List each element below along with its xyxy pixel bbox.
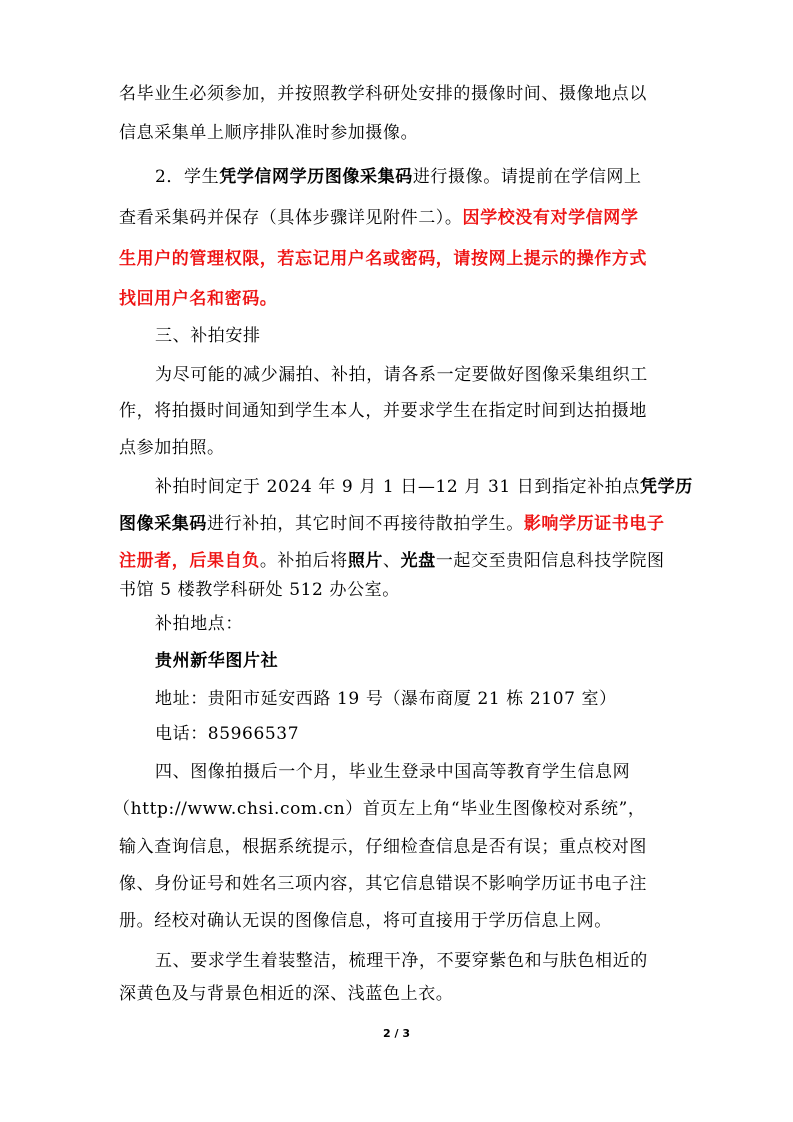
- paragraph-line: 名毕业生必须参加，并按照教学科研处安排的摄像时间、摄像地点以: [119, 83, 674, 105]
- paragraph-line: 图像采集码进行补拍，其它时间不再接待散拍学生。影响学历证书电子: [119, 513, 674, 535]
- paragraph-line: 四、图像拍摄后一个月，毕业生登录中国高等教育学生信息网: [155, 761, 674, 783]
- text: 名毕业生必须参加，并按照教学科研处安排的摄像时间、摄像地点以: [119, 84, 647, 104]
- text: 一起交至贵阳信息科技学院图: [436, 551, 665, 571]
- page-number: 2 / 3: [0, 1027, 793, 1040]
- text: 2．学生: [155, 167, 219, 187]
- paragraph-line: 深黄色及与背景色相近的深、浅蓝色上衣。: [119, 983, 674, 1005]
- red-warning-line: 生用户的管理权限，若忘记用户名或密码，请按网上提示的操作方式: [119, 248, 674, 270]
- paragraph-line: 点参加拍照。: [119, 437, 674, 459]
- text: 进行摄像。请提前在学信网上: [413, 167, 642, 187]
- paragraph-line: 注册者，后果自负。补拍后将照片、光盘一起交至贵阳信息科技学院图: [119, 550, 674, 572]
- red-warning-line: 找回用户名和密码。: [119, 288, 674, 310]
- paragraph-line: （http://www.chsi.com.cn）首页左上角“毕业生图像校对系统”…: [113, 798, 668, 820]
- section-heading: 三、补拍安排: [155, 325, 674, 347]
- text: 查看采集码并保存（具体步骤详见附件二）。: [119, 208, 463, 228]
- text: 。补拍后将: [260, 551, 348, 571]
- red-warning-text: 影响学历证书电子: [524, 514, 665, 534]
- bold-text: 照片: [348, 551, 383, 571]
- paragraph-line: 为尽可能的减少漏拍、补拍，请各系一定要做好图像采集组织工: [155, 364, 674, 386]
- bold-text: 光盘: [401, 551, 436, 571]
- paragraph-line: 五、要求学生着装整洁，梳理干净，不要穿紫色和与肤色相近的: [155, 950, 674, 972]
- paragraph-line: 信息采集单上顺序排队准时参加摄像。: [119, 122, 674, 144]
- paragraph-line: 册。经校对确认无误的图像信息，将可直接用于学历信息上网。: [119, 910, 674, 932]
- paragraph-line: 作，将拍摄时间通知到学生本人，并要求学生在指定时间到达拍摄地: [119, 400, 674, 422]
- bold-text: 凭学信网学历图像采集码: [219, 167, 413, 187]
- text: 、: [383, 551, 401, 571]
- text: 补拍时间定于 2024 年 9 月 1 日—12 月 31 日到指定补拍点: [155, 477, 640, 497]
- paragraph-line: 2．学生凭学信网学历图像采集码进行摄像。请提前在学信网上: [155, 166, 674, 188]
- text: 信息采集单上顺序排队准时参加摄像。: [119, 123, 418, 143]
- red-warning-text: 因学校没有对学信网学: [463, 208, 639, 228]
- bold-text: 图像采集码: [119, 514, 207, 534]
- studio-name: 贵州新华图片社: [155, 650, 674, 672]
- paragraph-line: 书馆 5 楼教学科研处 512 办公室。: [119, 579, 674, 601]
- phone-line: 电话：85966537: [155, 723, 674, 745]
- paragraph-line: 补拍地点：: [155, 613, 674, 635]
- text: 进行补拍，其它时间不再接待散拍学生。: [207, 514, 524, 534]
- address-line: 地址：贵阳市延安西路 19 号（瀑布商厦 21 栋 2107 室）: [155, 688, 674, 710]
- bold-text: 凭学历: [640, 477, 693, 497]
- red-warning-text: 注册者，后果自负: [119, 551, 260, 571]
- paragraph-line: 查看采集码并保存（具体步骤详见附件二）。因学校没有对学信网学: [119, 207, 674, 229]
- paragraph-line: 输入查询信息，根据系统提示，仔细检查信息是否有误；重点校对图: [119, 836, 674, 858]
- paragraph-line: 补拍时间定于 2024 年 9 月 1 日—12 月 31 日到指定补拍点凭学历: [155, 476, 674, 498]
- paragraph-line: 像、身份证号和姓名三项内容，其它信息错误不影响学历证书电子注: [119, 873, 674, 895]
